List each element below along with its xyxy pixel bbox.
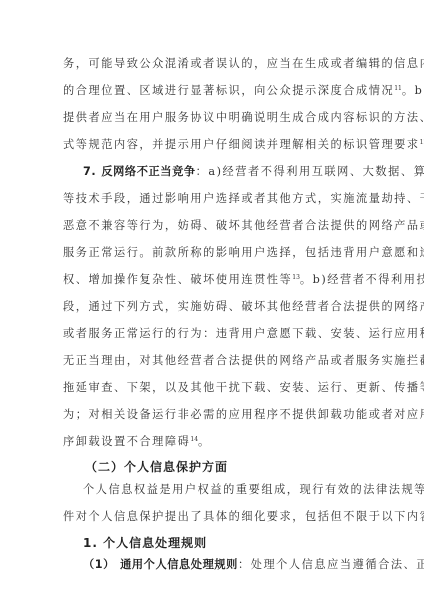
subheading: 1. 个人信息处理规则 [83,534,207,551]
body-line: 式等规范内容，并提示用户仔细阅读并理解相关的标识管理要求12。 [63,138,362,152]
body-line: 提供者应当在用户服务协议中明确说明生成合成内容标识的方法、样 [63,111,362,125]
body-line: 件对个人信息保护提出了具体的细化要求，包括但不限于以下内容： [63,510,362,524]
document-page: 务，可能导致公众混淆或者误认的，应当在生成或者编辑的信息内容 的合理位置、区域进… [0,0,424,600]
item-1-line: （1） 通用个人信息处理规则：处理个人信息应当遵循合法、正 [83,558,382,572]
body-line: 为；对相关设备运行非必需的应用程序不提供卸载功能或者对应用程 [63,408,362,422]
body-line: 个人信息权益是用户权益的重要组成，现行有效的法律法规等文 [83,483,382,497]
body-line: 恶意不兼容等行为，妨碍、破坏其他经营者合法提供的网络产品或者 [63,219,362,233]
footnote-ref[interactable]: 14 [190,436,198,443]
body-line: 序卸载设置不合理障碍14。 [63,435,362,449]
section-heading: （二）个人信息保护方面 [85,458,228,475]
body-line: 拖延审查、下架，以及其他干扰下载、安装、运行、更新、传播等行 [63,381,362,395]
body-line: 权、增加操作复杂性、破坏使用连贯性等13。b)经营者不得利用技术手 [63,273,362,287]
body-line: 服务正常运行。前款所称的影响用户选择，包括违背用户意愿和选择 [63,246,362,260]
body-line: 等技术手段，通过影响用户选择或者其他方式，实施流量劫持、干扰、 [63,192,362,206]
item-1-title: 通用个人信息处理规则 [120,558,238,571]
footnote-ref[interactable]: 13 [292,274,300,281]
footnote-ref[interactable]: 11 [394,85,402,92]
body-line: 的合理位置、区域进行显著标识，向公众提示深度合成情况11。b)服务 [63,84,362,98]
section-7-title: 反网络不正当竞争 [101,165,195,178]
section-7-number: 7. [83,165,96,178]
body-line: 务，可能导致公众混淆或者误认的，应当在生成或者编辑的信息内容 [63,57,362,71]
footnote-ref[interactable]: 12 [420,139,424,146]
item-1-number: （1） [83,558,115,571]
body-line: 或者服务正常运行的行为：违背用户意愿下载、安装、运行应用程序； [63,327,362,341]
body-line: 段，通过下列方式，实施妨碍、破坏其他经营者合法提供的网络产品 [63,300,362,314]
section-7-first-line: 7. 反网络不正当竞争：a)经营者不得利用互联网、大数据、算法 [83,165,382,179]
body-line: 无正当理由，对其他经营者合法提供的网络产品或者服务实施拦截、 [63,354,362,368]
